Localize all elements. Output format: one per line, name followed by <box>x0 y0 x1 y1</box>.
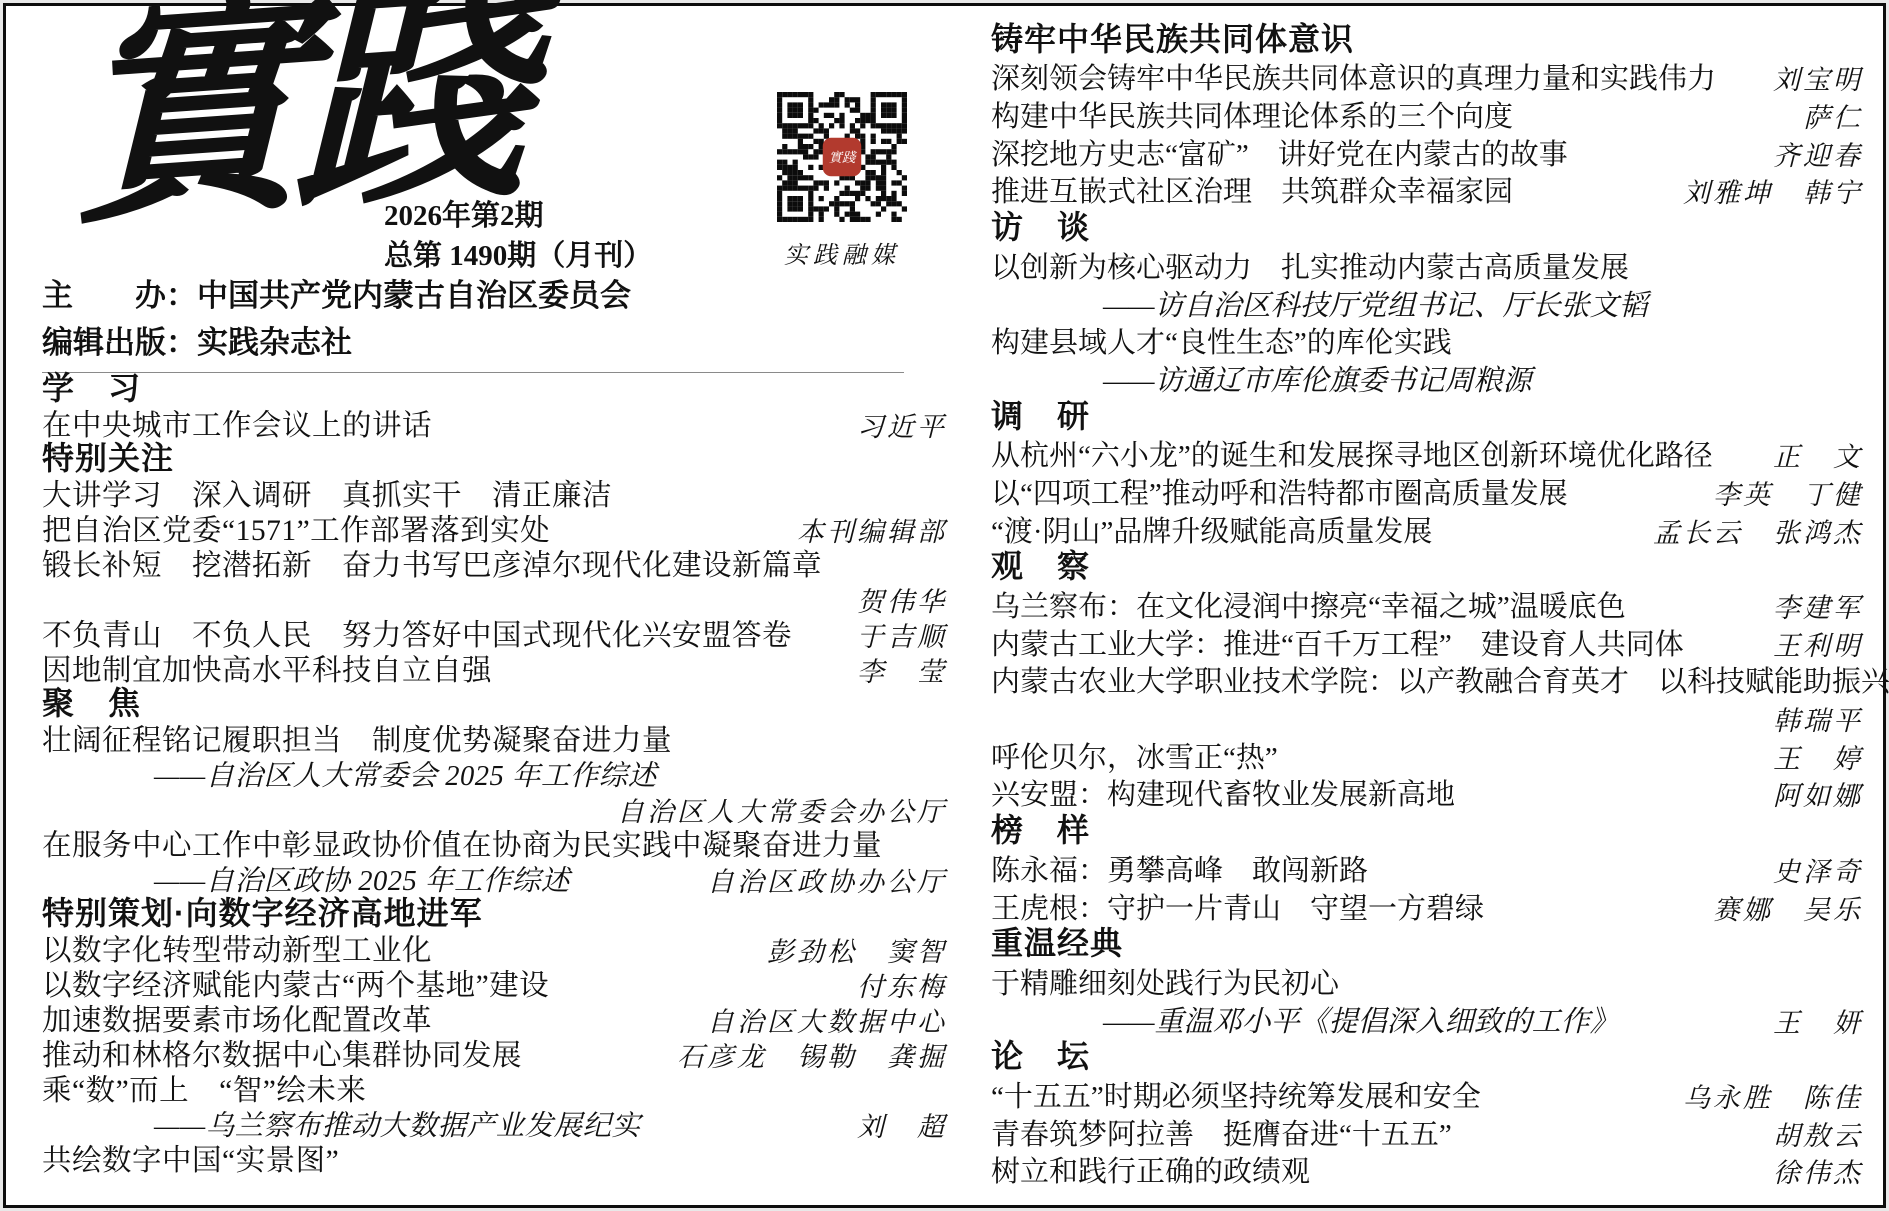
toc-entry-author: 王利明 <box>1753 624 1863 663</box>
section-heading: 访 谈 <box>991 202 1090 248</box>
toc-entry-title: 树立和践行正确的政绩观 <box>991 1149 1310 1190</box>
toc-entry-author: 正 文 <box>1753 435 1863 474</box>
section-heading-row: 观 察 <box>991 550 1863 588</box>
qr-caption: 实践融媒 <box>773 235 911 270</box>
toc-entry-author: 刘宝明 <box>1753 58 1863 97</box>
toc-entry-row: 以创新为核心驱动力 扎实推动内蒙古高质量发展 <box>991 248 1863 286</box>
toc-entry-row: 以“四项工程”推动呼和浩特都市圈高质量发展李英 丁健 <box>991 474 1863 512</box>
section-heading-row: 论 坛 <box>991 1040 1863 1078</box>
toc-entry-title: 以“四项工程”推动呼和浩特都市圈高质量发展 <box>991 471 1568 512</box>
toc-entry-subtitle: ——访自治区科技厅党组书记、厅长张文韬 <box>991 283 1648 324</box>
section-heading-row: 铸牢中华民族共同体意识 <box>991 22 1863 60</box>
toc-entry-author: 孟长云 张鸿杰 <box>1633 511 1863 550</box>
toc-entry-author: 李 莹 <box>837 650 947 689</box>
toc-entry-title: 深挖地方史志“富矿” 讲好党在内蒙古的故事 <box>991 132 1568 173</box>
toc-entry-author: 习近平 <box>837 405 947 444</box>
toc-entry-row: 共绘数字中国“实景图” <box>42 1144 947 1179</box>
toc-entry-title: 内蒙古工业大学：推进“百千万工程” 建设育人共同体 <box>991 622 1684 663</box>
toc-entry-author: 付东梅 <box>837 965 947 1004</box>
toc-entry-title: “十五五”时期必须坚持统筹发展和安全 <box>991 1074 1481 1115</box>
toc-entry-title: 共绘数字中国“实景图” <box>42 1137 339 1179</box>
toc-entry-title: 从杭州“六小龙”的诞生和发展探寻地区创新环境优化路径 <box>991 433 1713 474</box>
toc-entry-author: 韩瑞平 <box>1753 699 1863 738</box>
toc-entry-row: 内蒙古工业大学：推进“百千万工程” 建设育人共同体王利明 <box>991 625 1863 663</box>
toc-entry-row: 锻长补短 挖潜拓新 奋力书写巴彦淖尔现代化建设新篇章 <box>42 549 947 584</box>
toc-entry-row: 于精雕细刻处践行为民初心 <box>991 964 1863 1002</box>
issue-total: 总第 1490期（月刊） <box>384 236 652 276</box>
section-heading-row: 榜 样 <box>991 813 1863 851</box>
toc-entry-author: 史泽奇 <box>1753 850 1863 889</box>
toc-entry-row: 因地制宜加快高水平科技自立自强李 莹 <box>42 654 947 689</box>
toc-column-left: 学 习在中央城市工作会议上的讲话习近平特别关注大讲学习 深入调研 真抓实干 清正… <box>42 374 947 1179</box>
organizer-line: 主 办：中国共产党内蒙古自治区委员会 <box>42 272 631 319</box>
toc-entry-author: 自治区大数据中心 <box>687 1000 947 1039</box>
toc-entry-row: 兴安盟：构建现代畜牧业发展新高地阿如娜 <box>991 776 1863 814</box>
section-heading: 重温经典 <box>991 918 1123 964</box>
page-frame: 實踐 2026年第2期 总第 1490期（月刊） 實踐 实践融媒 主 办：中国共… <box>3 3 1886 1208</box>
toc-entry-row: ——访自治区科技厅党组书记、厅长张文韬 <box>991 286 1863 324</box>
toc-column-right: 铸牢中华民族共同体意识深刻领会铸牢中华民族共同体意识的真理力量和实践伟力刘宝明构… <box>991 22 1863 1190</box>
toc-entry-row: 构建中华民族共同体理论体系的三个向度萨仁 <box>991 97 1863 135</box>
qr-center-logo-text: 實踐 <box>828 150 857 165</box>
toc-entry-row: ——重温邓小平《提倡深入细致的工作》王 妍 <box>991 1002 1863 1040</box>
toc-entry-author: 胡敖云 <box>1753 1114 1863 1153</box>
toc-entry-row: 在中央城市工作会议上的讲话习近平 <box>42 409 947 444</box>
toc-entry-row: 构建县域人才“良性生态”的库伦实践 <box>991 324 1863 362</box>
toc-entry-title: 于精雕细刻处践行为民初心 <box>991 961 1339 1002</box>
toc-entry-title: 呼伦贝尔，冰雪正“热” <box>991 735 1278 776</box>
toc-entry-row: 青春筑梦阿拉善 挺膺奋进“十五五”胡敖云 <box>991 1115 1863 1153</box>
toc-entry-author: 赛娜 吴乐 <box>1693 888 1863 927</box>
toc-entry-author: 王 妍 <box>1753 1001 1863 1040</box>
toc-entry-title: 内蒙古农业大学职业技术学院：以产教融合育英才 以科技赋能助振兴 <box>991 659 1889 700</box>
qr-code: 實踐 <box>777 92 907 222</box>
toc-entry-title: 陈永福：勇攀高峰 敢闯新路 <box>991 848 1368 889</box>
toc-entry-row: “渡·阴山”品牌升级赋能高质量发展孟长云 张鸿杰 <box>991 512 1863 550</box>
toc-entry-title: 构建中华民族共同体理论体系的三个向度 <box>991 94 1513 135</box>
masthead-area: 實踐 2026年第2期 总第 1490期（月刊） 實踐 实践融媒 主 办：中国共… <box>42 20 947 374</box>
toc-entry-row: 深挖地方史志“富矿” 讲好党在内蒙古的故事齐迎春 <box>991 135 1863 173</box>
toc-entry-author: 刘雅坤 韩宁 <box>1663 171 1863 210</box>
section-heading-row: 重温经典 <box>991 927 1863 965</box>
section-heading-row: 访 谈 <box>991 210 1863 248</box>
toc-entry-title: 青春筑梦阿拉善 挺膺奋进“十五五” <box>991 1112 1452 1153</box>
section-heading: 观 察 <box>991 541 1090 587</box>
magazine-toc-page: { "page": { "logo_text": "實踐", "issue_li… <box>0 0 1889 1211</box>
qr-block: 實踐 实践融媒 <box>773 92 911 270</box>
section-heading-row: 调 研 <box>991 399 1863 437</box>
toc-entry-title: 深刻领会铸牢中华民族共同体意识的真理力量和实践伟力 <box>991 56 1716 97</box>
toc-entry-title: 以创新为核心驱动力 扎实推动内蒙古高质量发展 <box>991 245 1629 286</box>
toc-entry-author: 李英 丁健 <box>1693 473 1863 512</box>
toc-entry-author: 乌永胜 陈佳 <box>1663 1076 1863 1115</box>
toc-entry-row: 呼伦贝尔，冰雪正“热”王 婷 <box>991 738 1863 776</box>
toc-entry-author: 刘 超 <box>837 1105 947 1144</box>
toc-entry-row: 树立和践行正确的政绩观徐伟杰 <box>991 1153 1863 1191</box>
toc-entry-author: 阿如娜 <box>1753 774 1863 813</box>
section-heading: 论 坛 <box>991 1031 1090 1077</box>
issue-number: 2026年第2期 <box>384 196 652 236</box>
toc-entry-author: 齐迎春 <box>1753 134 1863 173</box>
toc-entry-row: 陈永福：勇攀高峰 敢闯新路史泽奇 <box>991 851 1863 889</box>
toc-entry-row: ——访通辽市库伦旗委书记周粮源 <box>991 361 1863 399</box>
toc-entry-author: 李建军 <box>1753 586 1863 625</box>
toc-entry-author: 石彦龙 锡勒 龚掘 <box>657 1035 947 1074</box>
toc-entry-title: 锻长补短 挖潜拓新 奋力书写巴彦淖尔现代化建设新篇章 <box>42 542 822 584</box>
toc-entry-row: 推进互嵌式社区治理 共筑群众幸福家园刘雅坤 韩宁 <box>991 173 1863 211</box>
toc-entry-author: 萨仁 <box>1783 96 1863 135</box>
publisher-info: 主 办：中国共产党内蒙古自治区委员会 编辑出版：实践杂志社 <box>42 272 631 366</box>
toc-entry-title: 乌兰察布：在文化浸润中擦亮“幸福之城”温暖底色 <box>991 584 1626 625</box>
toc-entry-author: 于吉顺 <box>837 615 947 654</box>
toc-entry-row: 韩瑞平 <box>991 700 1863 738</box>
section-heading: 榜 样 <box>991 805 1090 851</box>
header-divider <box>42 372 904 373</box>
toc-entry-author: 徐伟杰 <box>1753 1151 1863 1190</box>
publisher-line: 编辑出版：实践杂志社 <box>42 319 631 366</box>
toc-entry-author: 王 婷 <box>1753 737 1863 776</box>
toc-entry-row: 乌兰察布：在文化浸润中擦亮“幸福之城”温暖底色李建军 <box>991 587 1863 625</box>
toc-entry-row: 从杭州“六小龙”的诞生和发展探寻地区创新环境优化路径正 文 <box>991 437 1863 475</box>
section-heading: 铸牢中华民族共同体意识 <box>991 14 1354 60</box>
toc-entry-subtitle: ——自治区人大常委会 2025 年工作综述 <box>42 753 657 794</box>
toc-entry-author: 自治区政协办公厅 <box>687 860 947 899</box>
section-heading: 调 研 <box>991 391 1090 437</box>
toc-entry-row: “十五五”时期必须坚持统筹发展和安全乌永胜 陈佳 <box>991 1077 1863 1115</box>
toc-entry-row: ——自治区人大常委会 2025 年工作综述 <box>42 759 947 794</box>
toc-entry-author: 贺伟华 <box>837 580 947 619</box>
toc-entry-row: 深刻领会铸牢中华民族共同体意识的真理力量和实践伟力刘宝明 <box>991 60 1863 98</box>
issue-info: 2026年第2期 总第 1490期（月刊） <box>384 196 652 276</box>
toc-entry-title: 构建县域人才“良性生态”的库伦实践 <box>991 320 1452 361</box>
toc-entry-author: 彭劲松 窦智 <box>747 930 947 969</box>
toc-entry-row: 内蒙古农业大学职业技术学院：以产教融合育英才 以科技赋能助振兴 <box>991 663 1863 701</box>
